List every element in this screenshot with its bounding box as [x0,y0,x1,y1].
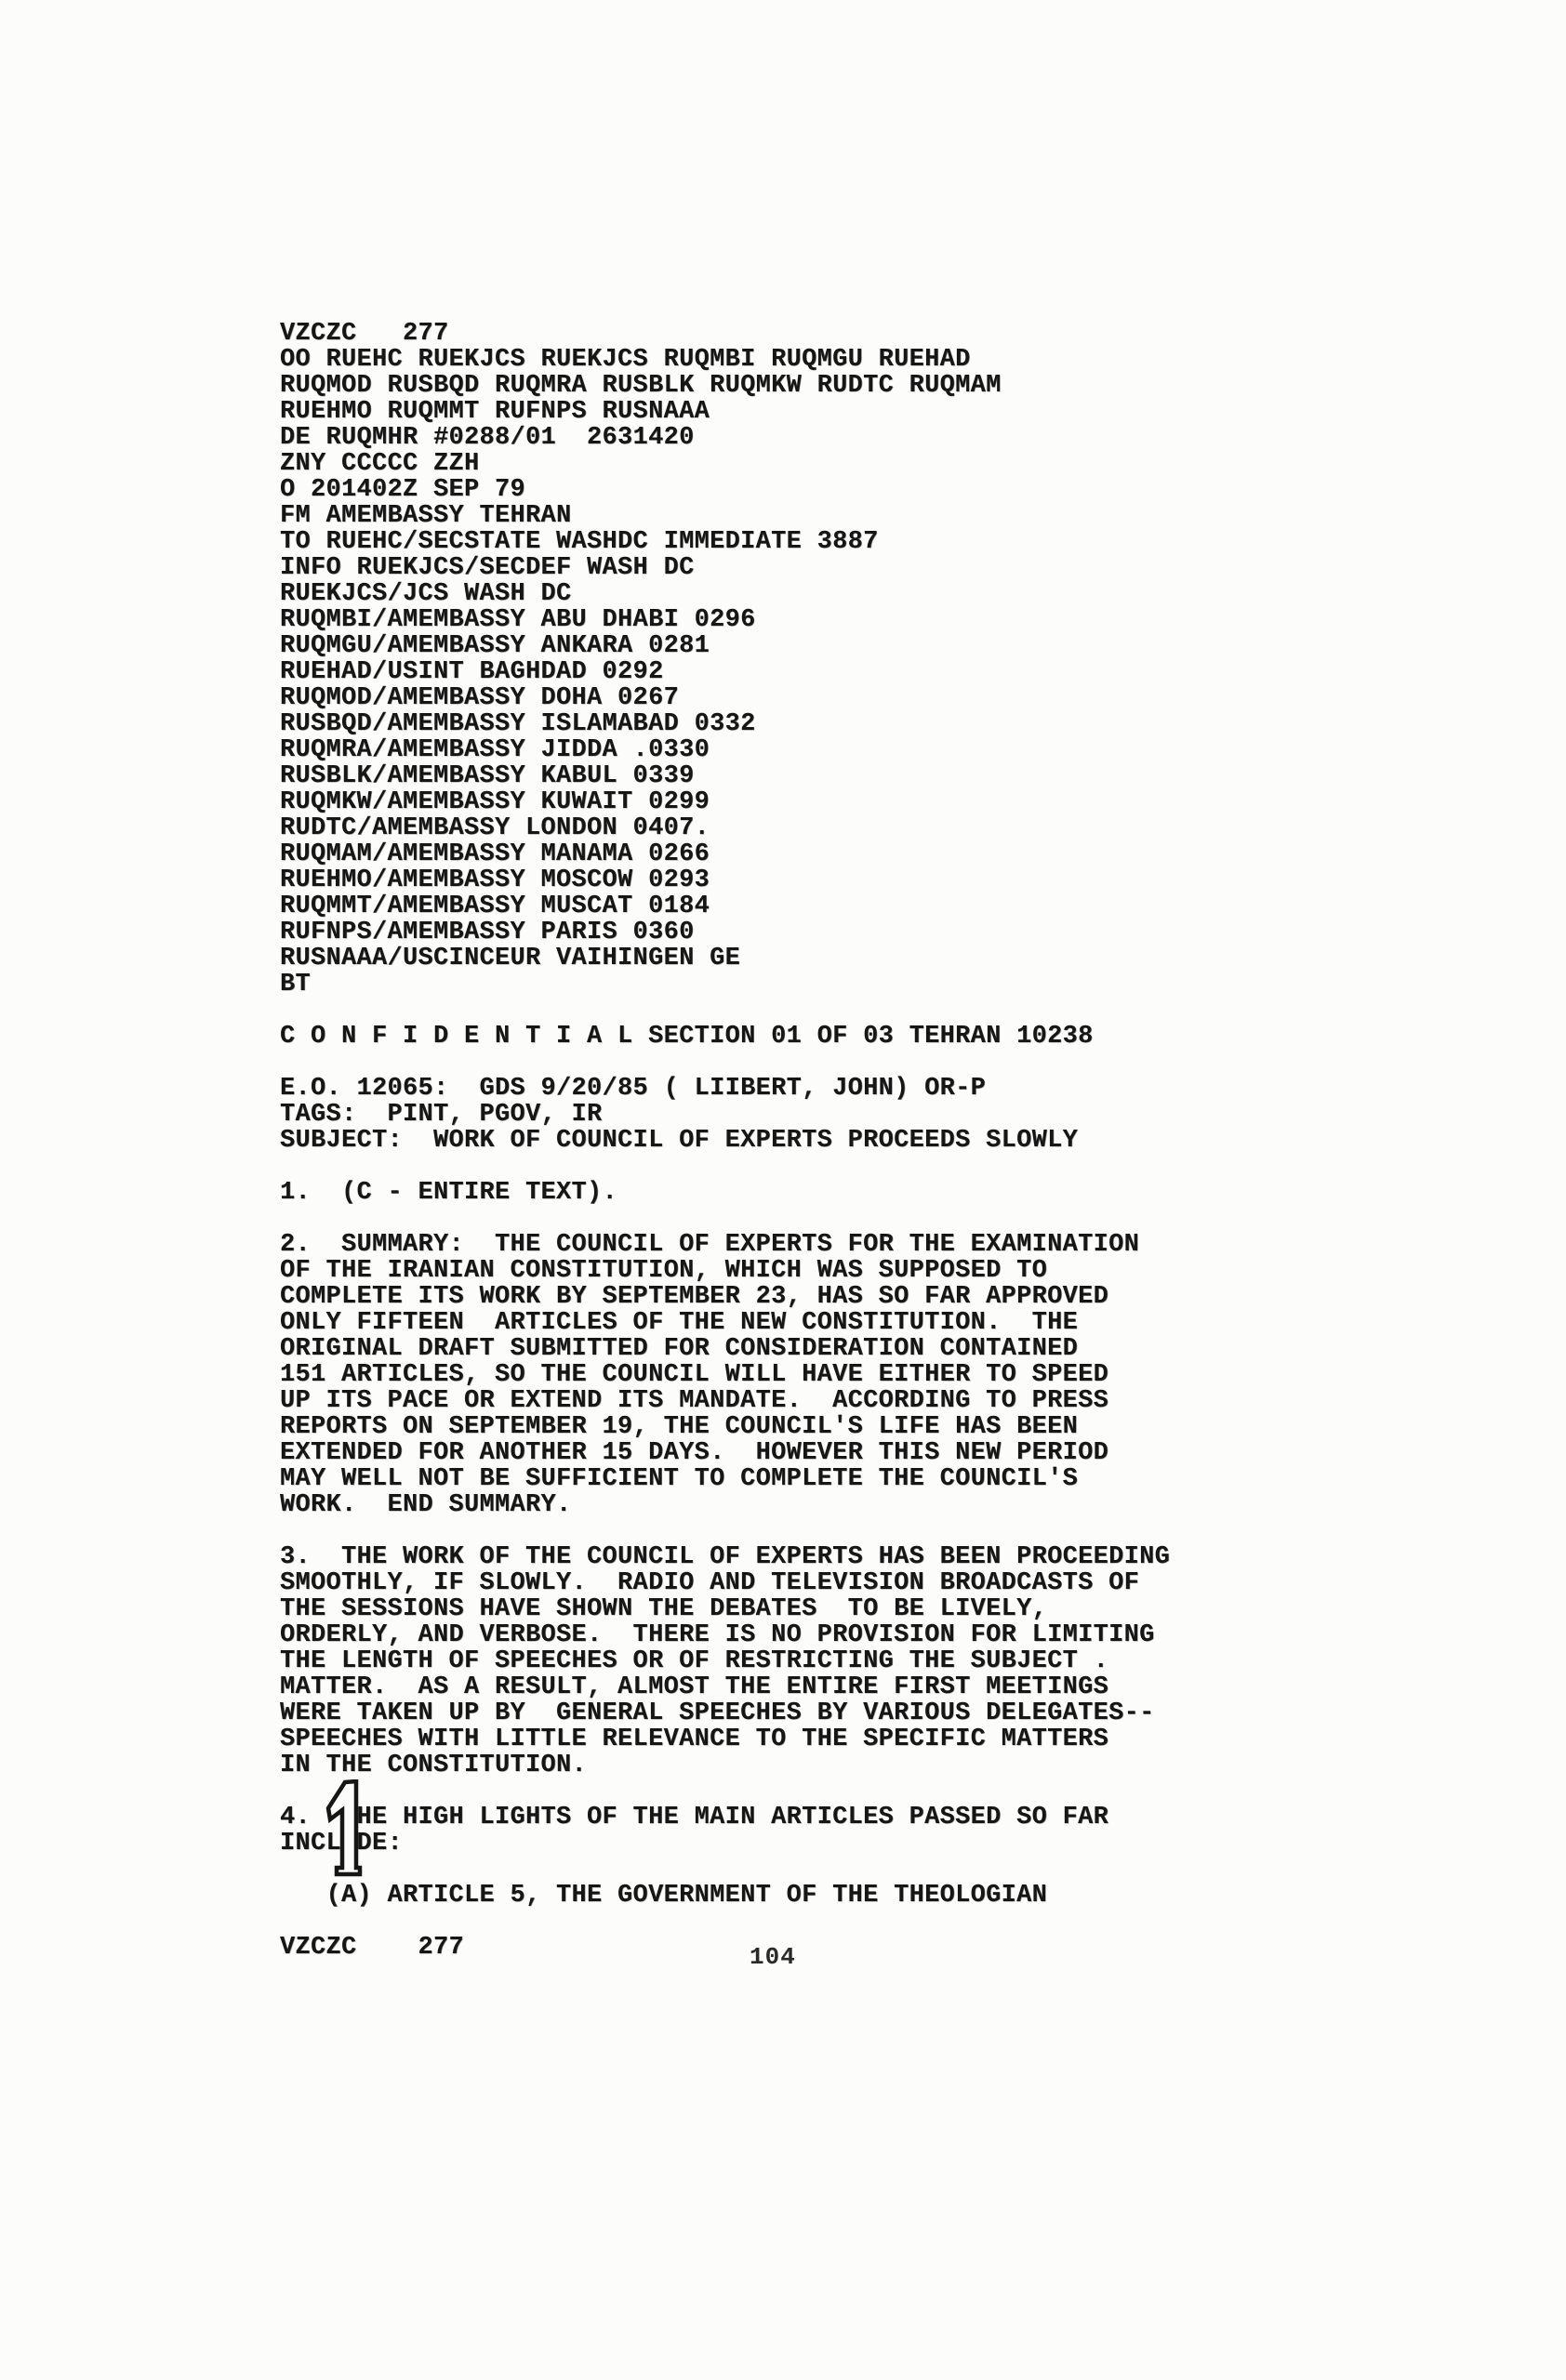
paragraph-3: 3. THE WORK OF THE COUNCIL OF EXPERTS HA… [280,1544,1170,1778]
paragraph-1: 1. (C - ENTIRE TEXT). [280,1180,1170,1206]
subparagraph-a: (A) ARTICLE 5, THE GOVERNMENT OF THE THE… [280,1883,1170,1909]
cable-text-block: VZCZC 277 OO RUEHC RUEKJCS RUEKJCS RUQMB… [280,321,1170,1961]
reference-block: E.O. 12065: GDS 9/20/85 ( LIIBERT, JOHN)… [280,1076,1170,1154]
handwritten-numeral-1-stamp [325,1779,367,1878]
page-number: 104 [750,1943,796,1971]
classification-line: C O N F I D E N T I A L SECTION 01 OF 03… [280,1024,1170,1050]
paragraph-4: 4. THE HIGH LIGHTS OF THE MAIN ARTICLES … [280,1805,1170,1857]
scanned-cable-page: VZCZC 277 OO RUEHC RUEKJCS RUEKJCS RUQMB… [0,0,1566,2380]
telegraph-header: VZCZC 277 OO RUEHC RUEKJCS RUEKJCS RUQMB… [280,321,1170,998]
footer-channel-line: VZCZC 277 [280,1935,1170,1961]
paragraph-2-summary: 2. SUMMARY: THE COUNCIL OF EXPERTS FOR T… [280,1232,1170,1518]
